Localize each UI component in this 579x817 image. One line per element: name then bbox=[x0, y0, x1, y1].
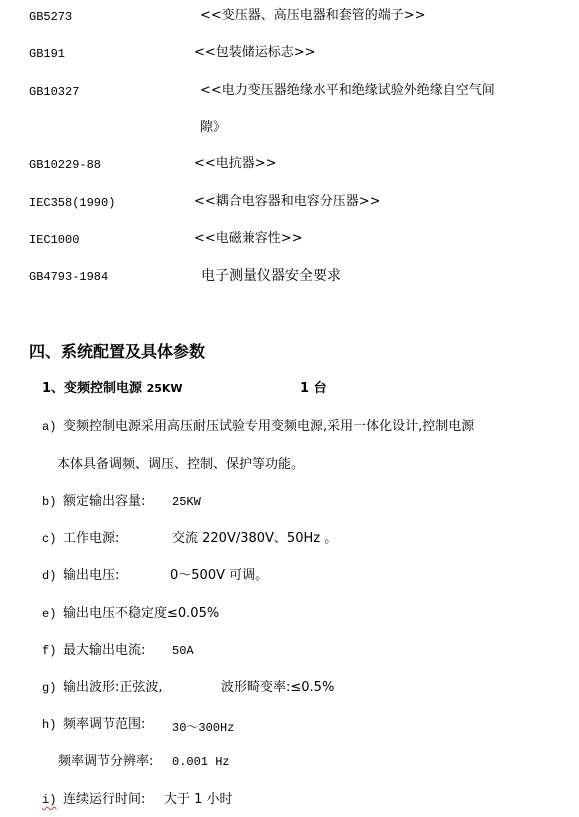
item-label: g) bbox=[42, 681, 56, 695]
item-value: 30～300Hz bbox=[172, 718, 234, 735]
item-name: 连续运行时间: bbox=[63, 792, 145, 808]
standard-title: <<电磁兼容性>> bbox=[194, 231, 303, 247]
item-name: 额定输出容量: bbox=[63, 494, 145, 510]
item-value: 交流 220V/380V、50Hz 。 bbox=[172, 531, 337, 547]
subsection-power: 25KW bbox=[147, 382, 183, 395]
item-value: 0～500V 可调。 bbox=[170, 568, 268, 584]
standard-title: 电子测量仪器安全要求 bbox=[201, 268, 341, 284]
item-label: c) bbox=[42, 532, 56, 546]
standard-code: IEC1000 bbox=[29, 232, 79, 248]
item-name: 输出波形:正弦波, bbox=[63, 680, 163, 696]
standard-title-continuation: 隙》 bbox=[200, 120, 226, 136]
item-value: 波形畸变率:≤0.5% bbox=[221, 680, 334, 696]
item-label: h) bbox=[42, 718, 56, 732]
standard-title: <<电抗器>> bbox=[194, 156, 277, 172]
item-name: 输出电压: bbox=[63, 568, 119, 584]
standard-code: GB10327 bbox=[29, 84, 79, 100]
item-label: a) bbox=[42, 420, 56, 434]
document-page: GB5273 <<变压器、高压电器和套管的端子>> GB191 <<包装储运标志… bbox=[0, 0, 579, 817]
item-text: 输出电压不稳定度≤0.05% bbox=[63, 606, 219, 622]
item-text: 变频控制电源采用高压耐压试验专用变频电源,采用一体化设计,控制电源 bbox=[63, 419, 474, 435]
standard-code: GB191 bbox=[29, 46, 65, 62]
item-value: 50A bbox=[172, 644, 194, 658]
item-label-spellcheck: i) bbox=[42, 793, 56, 807]
item-name: 频率调节分辨率: bbox=[58, 754, 153, 770]
item-name: 工作电源: bbox=[63, 531, 119, 547]
standard-title: <<包装储运标志>> bbox=[194, 45, 316, 61]
item-label: d) bbox=[42, 569, 56, 583]
section-heading: 四、系统配置及具体参数 bbox=[29, 342, 205, 362]
item-label: b) bbox=[42, 495, 56, 509]
subsection-quantity: 1 台 bbox=[300, 381, 327, 397]
item-value: 25KW bbox=[172, 495, 201, 509]
standard-title: <<耦合电容器和电容分压器>> bbox=[194, 194, 381, 210]
item-text-continuation: 本体具备调频、调压、控制、保护等功能。 bbox=[57, 457, 304, 473]
standard-code: GB4793-1984 bbox=[29, 269, 108, 285]
standard-title: <<电力变压器绝缘水平和绝缘试验外绝缘自空气间 bbox=[200, 83, 495, 99]
item-name: 频率调节范围: bbox=[63, 717, 145, 733]
standard-code: IEC358(1990) bbox=[29, 195, 115, 211]
item-label: f) bbox=[42, 644, 56, 658]
item-name: 最大输出电流: bbox=[63, 643, 145, 659]
item-label: e) bbox=[42, 607, 56, 621]
subsection-title: 1、变频控制电源 bbox=[42, 381, 142, 396]
subsection-heading: 1、变频控制电源 25KW bbox=[42, 381, 183, 397]
standard-code: GB10229-88 bbox=[29, 157, 101, 173]
item-value: 0.001 Hz bbox=[172, 755, 230, 769]
item-value: 大于 1 小时 bbox=[164, 792, 233, 808]
standard-title: <<变压器、高压电器和套管的端子>> bbox=[200, 8, 426, 24]
standard-code: GB5273 bbox=[29, 9, 72, 25]
